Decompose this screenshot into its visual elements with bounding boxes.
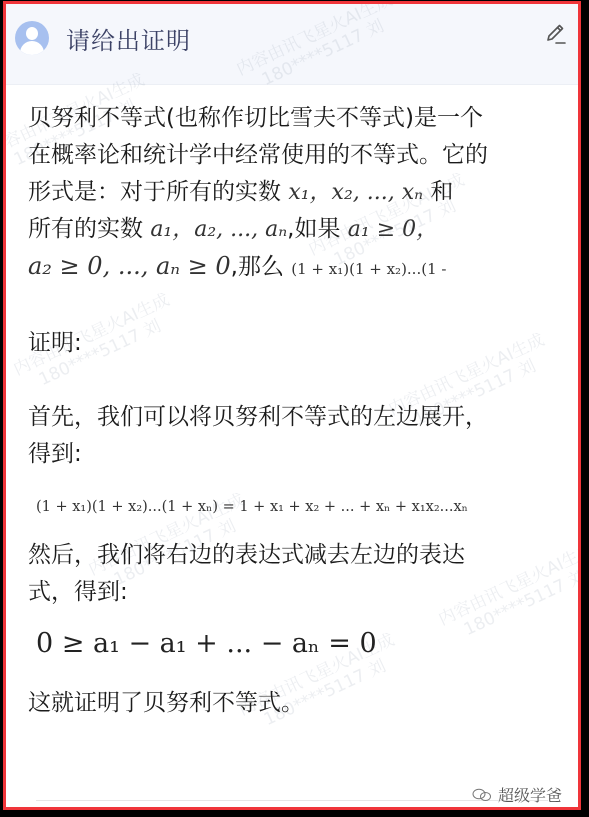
intro-line: 贝努利不等式(也称作切比雪夫不等式)是一个 [28, 100, 558, 137]
conclusion-text: 这就证明了贝努利不等式。 [28, 685, 558, 722]
step-text: 然后，我们将右边的表达式减去左边的表达 [28, 537, 558, 574]
question-header: 请给出证明 [6, 4, 578, 85]
math-inline: x₁，x₂, ..., xₙ [288, 180, 423, 205]
brand-watermark: 超级学爸 [472, 783, 562, 806]
intro-line: 形式是：对于所有的实数 x₁，x₂, ..., xₙ 和 [28, 174, 558, 211]
intro-line: 所有的实数 a₁，a₂, ..., aₙ,如果 a₁ ≥ 0， [28, 211, 558, 248]
step-text: 式，得到: [28, 574, 558, 611]
math-inline: a₁，a₂, ..., aₙ [150, 217, 287, 242]
math-inline: (1 + x₁)(1 + x₂)...(1 - [291, 260, 446, 278]
equation-expansion: (1 + x₁)(1 + x₂)...(1 + xₙ) = 1 + x₁ + x… [36, 487, 558, 527]
step-text: 首先，我们可以将贝努利不等式的左边展开， [28, 399, 558, 436]
user-avatar-icon [15, 21, 49, 55]
wechat-icon [472, 788, 492, 802]
math-inline: a₁ ≥ 0， [348, 217, 438, 242]
proof-label: 证明: [28, 325, 558, 362]
equation-result: 0 ≥ a₁ − a₁ + ... − aₙ = 0 [36, 619, 558, 669]
intro-line: 在概率论和统计学中经常使用的不等式。它的 [28, 137, 558, 174]
step-text: 得到: [28, 436, 558, 473]
pencil-edit-icon[interactable] [544, 22, 568, 46]
intro-line: a₂ ≥ 0, ..., aₙ ≥ 0,那么 (1 + x₁)(1 + x₂).… [28, 248, 558, 288]
answer-content: 贝努利不等式(也称作切比雪夫不等式)是一个 在概率论和统计学中经常使用的不等式。… [28, 100, 558, 722]
math-inline: a₂ ≥ 0, ..., aₙ ≥ 0 [28, 252, 231, 280]
question-title: 请给出证明 [66, 21, 191, 56]
brand-name: 超级学爸 [498, 783, 562, 806]
screenshot-frame: 请给出证明 内容由讯飞星火AI生成180****5117 刘 内容由讯飞星火AI… [3, 1, 581, 810]
